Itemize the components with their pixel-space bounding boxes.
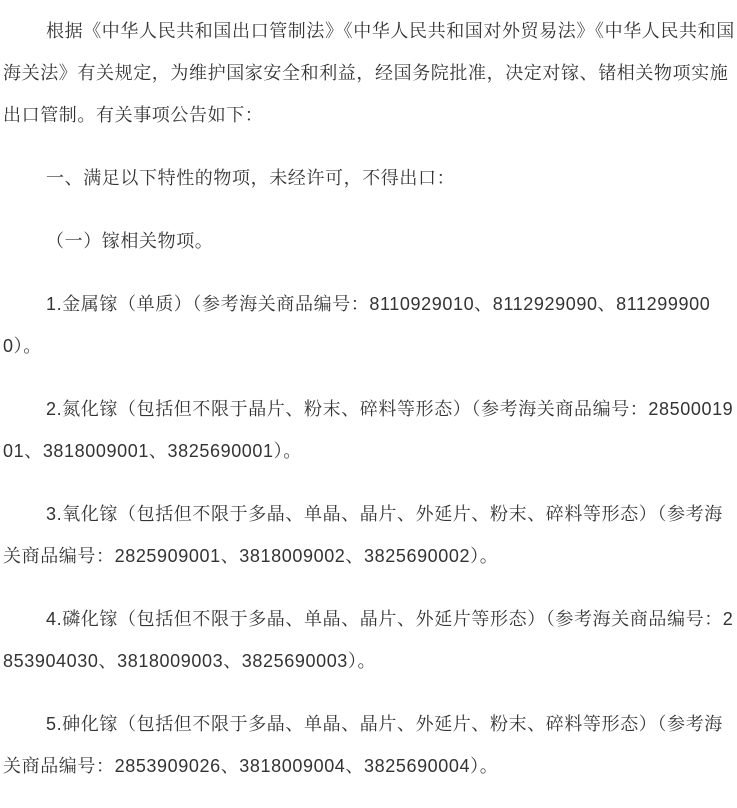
paragraph-intro: 根据《中华人民共和国出口管制法》《中华人民共和国对外贸易法》《中华人民共和国海关… (3, 10, 736, 136)
paragraph-item-4: 4.磷化镓（包括但不限于多晶、单晶、晶片、外延片等形态）（参考海关商品编号：28… (3, 598, 736, 682)
paragraph-item-2: 2.氮化镓（包括但不限于晶片、粉末、碎料等形态）（参考海关商品编号：285000… (3, 388, 736, 472)
paragraph-item-1: 1.金属镓（单质）（参考海关商品编号：8110929010、8112929090… (3, 283, 736, 367)
announcement-document: 根据《中华人民共和国出口管制法》《中华人民共和国对外贸易法》《中华人民共和国海关… (0, 0, 737, 787)
paragraph-item-5: 5.砷化镓（包括但不限于多晶、单晶、晶片、外延片、粉末、碎料等形态）（参考海关商… (3, 703, 736, 787)
paragraph-subsection-1: （一）镓相关物项。 (3, 220, 736, 262)
paragraph-section-1: 一、满足以下特性的物项，未经许可，不得出口： (3, 157, 736, 199)
paragraph-item-3: 3.氧化镓（包括但不限于多晶、单晶、晶片、外延片、粉末、碎料等形态）（参考海关商… (3, 493, 736, 577)
